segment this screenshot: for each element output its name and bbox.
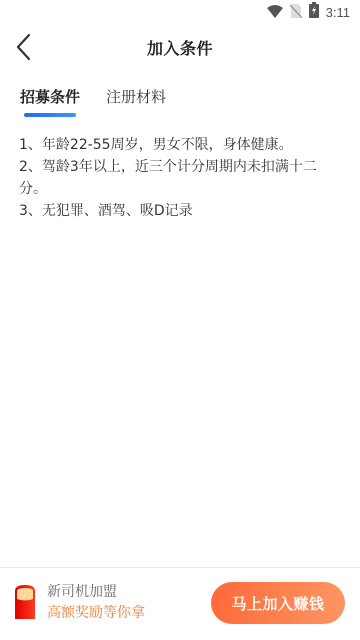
condition-item: 1、年龄22-55周岁，男女不限，身体健康。 <box>19 134 342 156</box>
conditions-content: 1、年龄22-55周岁，男女不限，身体健康。 2、驾龄3年以上，近三个计分周期内… <box>19 134 342 222</box>
back-button[interactable] <box>8 30 38 64</box>
tab-registration-materials[interactable]: 注册材料 <box>106 86 166 117</box>
chevron-left-icon <box>15 33 31 61</box>
tab-bar: 招募条件 注册材料 <box>20 86 166 117</box>
status-bar: 3:11 <box>0 0 360 24</box>
active-tab-indicator <box>24 113 76 117</box>
bottom-bar: 新司机加盟 高额奖励等你拿 马上加入赚钱 <box>0 568 360 640</box>
status-time: 3:11 <box>326 5 350 20</box>
wifi-icon <box>267 3 283 22</box>
condition-item: 3、无犯罪、酒驾、吸D记录 <box>19 200 342 222</box>
tab-recruit-conditions[interactable]: 招募条件 <box>20 86 80 117</box>
promo-text: 新司机加盟 高额奖励等你拿 <box>47 582 145 624</box>
condition-item: 2、驾龄3年以上，近三个计分周期内未扣满十二分。 <box>19 156 342 200</box>
page-title: 加入条件 <box>147 36 213 59</box>
tab-label: 招募条件 <box>20 88 80 106</box>
battery-charging-icon <box>309 2 319 22</box>
promo-title: 新司机加盟 <box>47 582 145 602</box>
join-now-button[interactable]: 马上加入赚钱 <box>211 582 345 624</box>
red-envelope-icon <box>15 585 35 619</box>
promo-subtitle: 高额奖励等你拿 <box>47 602 145 624</box>
no-sim-icon <box>290 3 302 22</box>
header: 加入条件 <box>0 24 360 70</box>
tab-label: 注册材料 <box>106 88 166 106</box>
